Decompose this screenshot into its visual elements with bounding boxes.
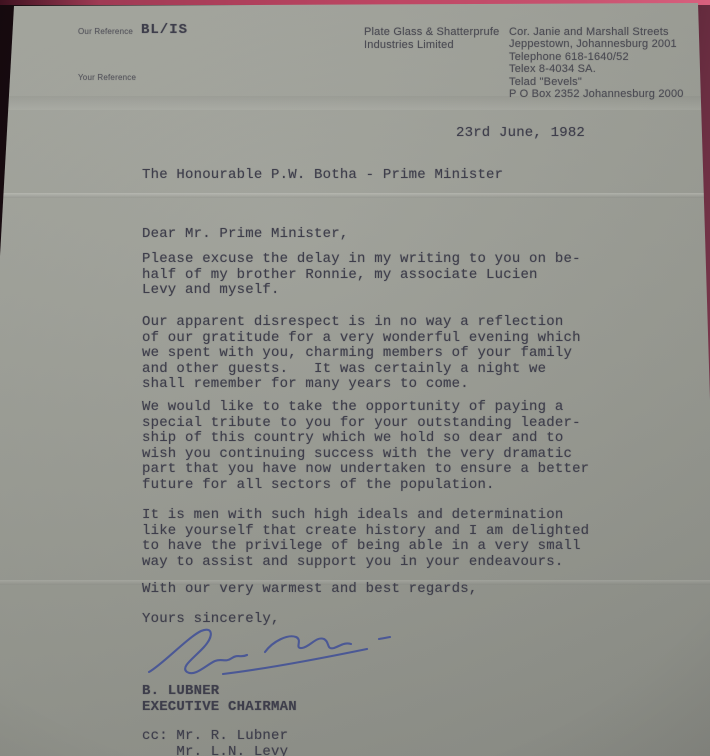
signer-name: B. LUBNER bbox=[142, 684, 219, 700]
paper-crease bbox=[0, 193, 710, 198]
your-reference-label: Your Reference bbox=[78, 73, 136, 82]
regards-line: With our very warmest and best regards, bbox=[142, 582, 477, 598]
signature-ink bbox=[143, 622, 395, 687]
paragraph-4: It is men with such high ideals and dete… bbox=[142, 508, 589, 570]
cc-block: cc: Mr. R. Lubner Mr. L.N. Levy bbox=[142, 729, 288, 756]
paragraph-3: We would like to take the opportunity of… bbox=[142, 400, 589, 494]
signature-scrawl-icon bbox=[143, 622, 395, 682]
photo-frame: Our Reference BL/IS Your Reference Plate… bbox=[0, 0, 710, 756]
our-reference-value: BL/IS bbox=[141, 23, 188, 39]
letter-date: 23rd June, 1982 bbox=[456, 126, 585, 142]
company-name: Plate Glass & Shatterprufe Industries Li… bbox=[364, 26, 499, 52]
signer-title: EXECUTIVE CHAIRMAN bbox=[142, 700, 297, 716]
paragraph-2: Our apparent disrespect is in no way a r… bbox=[142, 315, 581, 393]
letter-paper: Our Reference BL/IS Your Reference Plate… bbox=[0, 0, 710, 756]
company-address: Cor. Janie and Marshall Streets Jeppesto… bbox=[509, 26, 684, 100]
recipient-line: The Honourable P.W. Botha - Prime Minist… bbox=[142, 168, 503, 184]
paragraph-1: Please excuse the delay in my writing to… bbox=[142, 252, 581, 299]
salutation: Dear Mr. Prime Minister, bbox=[142, 227, 348, 243]
our-reference-label: Our Reference bbox=[78, 27, 133, 36]
